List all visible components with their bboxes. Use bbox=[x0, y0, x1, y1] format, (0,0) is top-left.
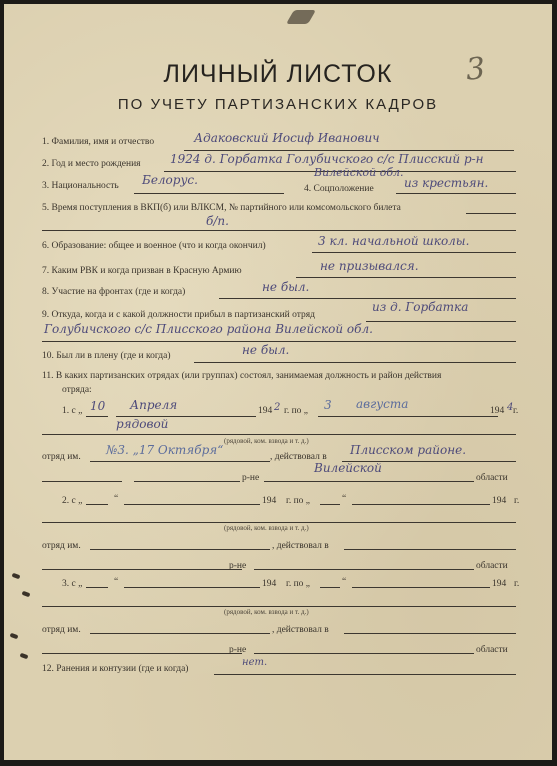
field-3-label: 3. Национальность bbox=[42, 181, 119, 191]
entry-2-day-line bbox=[86, 504, 108, 505]
entry-2-position-line bbox=[42, 522, 516, 523]
entry-3-position-hint: (рядовой, ком. взвода и т. д.) bbox=[224, 608, 309, 616]
document-subtitle: ПО УЧЕТУ ПАРТИЗАНСКИХ КАДРОВ bbox=[4, 96, 552, 113]
field-9-line-a bbox=[366, 321, 516, 322]
entry-3-otryad-line bbox=[90, 633, 270, 634]
entry-1-year-to-prefix: 194 bbox=[490, 406, 504, 416]
field-5-label: 5. Время поступления в ВКП(б) или ВЛКСМ,… bbox=[42, 203, 401, 213]
field-12-line bbox=[214, 674, 516, 675]
field-11-label-cont: отряда: bbox=[62, 385, 92, 395]
field-2-value-cont: Вилейской обл. bbox=[314, 166, 404, 179]
entry-1-otryad: №3. „17 Октября“ bbox=[106, 443, 223, 457]
field-2-value: 1924 д. Горбатка Голубичского с/с Плисск… bbox=[170, 152, 484, 166]
field-7-value: не призывался. bbox=[320, 259, 419, 273]
field-7-line bbox=[296, 277, 516, 278]
field-1-line bbox=[184, 150, 514, 151]
field-10-line bbox=[194, 362, 516, 363]
field-4-line bbox=[396, 193, 516, 194]
field-8-label: 8. Участие на фронтах (где и когда) bbox=[42, 287, 185, 297]
entry-3-year-from-prefix: 194 bbox=[262, 579, 276, 589]
entry-2-day-to-line bbox=[320, 504, 340, 505]
field-6-value: 3 кл. начальной школы. bbox=[318, 234, 469, 248]
entry-2-deistvoval-line bbox=[344, 549, 516, 550]
paper-tear bbox=[286, 10, 316, 24]
entry-1-oblast-line bbox=[264, 481, 474, 482]
field-10-label: 10. Был ли в плену (где и когда) bbox=[42, 351, 171, 361]
entry-2-month-line bbox=[124, 504, 260, 505]
field-5-value: б/п. bbox=[206, 214, 229, 228]
entry-2-otryad-label: отряд им. bbox=[42, 541, 81, 551]
field-3-value: Белорус. bbox=[142, 173, 198, 187]
entry-2-otryad-line bbox=[90, 549, 270, 550]
entry-1-year-from: 2 bbox=[274, 402, 280, 413]
entry-1-otryad-label: отряд им. bbox=[42, 452, 81, 462]
field-2-label: 2. Год и место рождения bbox=[42, 159, 141, 169]
field-8-value: не был. bbox=[262, 280, 309, 294]
field-4-label: 4. Соцположение bbox=[304, 184, 374, 194]
entry-1-day-line bbox=[86, 416, 108, 417]
field-4-value: из крестьян. bbox=[404, 176, 488, 190]
entry-2-oblast-label: области bbox=[476, 561, 508, 571]
entry-3-year-to-prefix: 194 bbox=[492, 579, 506, 589]
field-12-value: нет. bbox=[242, 657, 267, 668]
entry-1-otryad-line bbox=[90, 461, 270, 462]
entry-3-g-po: г. по „ bbox=[286, 579, 310, 589]
entry-3-position-line bbox=[42, 606, 516, 607]
entry-2-position-hint: (рядовой, ком. взвода и т. д.) bbox=[224, 524, 309, 532]
entry-2-month-to-line bbox=[352, 504, 490, 505]
field-11-label: 11. В каких партизанских отрядах (или гр… bbox=[42, 371, 441, 381]
entry-3-deistvoval-label: , действовал в bbox=[272, 625, 329, 635]
binding-hole bbox=[20, 653, 29, 659]
entry-3-rne-label: р-не bbox=[229, 645, 246, 655]
field-6-label: 6. Образование: общее и военное (что и к… bbox=[42, 241, 266, 251]
entry-1-g-end: г. bbox=[513, 406, 518, 416]
page-number: 3 bbox=[465, 51, 487, 88]
entry-2-quote: “ bbox=[114, 494, 118, 504]
entry-1-month-to: августа bbox=[356, 397, 408, 411]
field-9-line-b bbox=[42, 341, 516, 342]
binding-hole bbox=[22, 591, 31, 597]
entry-3-num: 3. с „ bbox=[62, 579, 82, 589]
entry-3-quote-to: “ bbox=[342, 577, 346, 587]
field-1-label: 1. Фамилия, имя и отчество bbox=[42, 137, 154, 147]
field-8-line bbox=[219, 298, 516, 299]
entry-3-oblast-line bbox=[254, 653, 474, 654]
entry-2-rne-line bbox=[42, 569, 242, 570]
entry-1-g-po: г. по „ bbox=[284, 406, 308, 416]
entry-1-position-hint: (рядовой, ком. взвода и т. д.) bbox=[224, 437, 309, 445]
entry-1-oblast-value: Вилейской bbox=[314, 461, 382, 475]
field-9-value: из д. Горбатка bbox=[372, 300, 468, 314]
field-5-line-a bbox=[466, 213, 516, 214]
entry-2-num: 2. с „ bbox=[62, 496, 82, 506]
entry-1-oblast-label: области bbox=[476, 473, 508, 483]
entry-3-day-line bbox=[86, 587, 108, 588]
personal-record-sheet: ЛИЧНЫЙ ЛИСТОК ПО УЧЕТУ ПАРТИЗАНСКИХ КАДР… bbox=[4, 4, 552, 760]
entry-3-otryad-label: отряд им. bbox=[42, 625, 81, 635]
entry-3-rne-line bbox=[42, 653, 242, 654]
entry-2-g-po: г. по „ bbox=[286, 496, 310, 506]
entry-3-deistvoval-line bbox=[344, 633, 516, 634]
field-10-value: не был. bbox=[242, 343, 289, 357]
entry-1-rne-label: р-не bbox=[242, 473, 259, 483]
entry-3-oblast-label: области bbox=[476, 645, 508, 655]
field-6-line bbox=[312, 252, 516, 253]
field-7-label: 7. Каким РВК и когда призван в Красную А… bbox=[42, 266, 242, 276]
entry-3-g-end: г. bbox=[514, 579, 519, 589]
entry-1-day-from: 10 bbox=[90, 399, 105, 413]
field-3-line bbox=[134, 193, 284, 194]
field-1-value: Адаковский Иосиф Иванович bbox=[194, 131, 380, 145]
entry-2-rne-label: р-не bbox=[229, 561, 246, 571]
binding-hole bbox=[12, 573, 21, 579]
entry-1-rne-line-b bbox=[134, 481, 240, 482]
entry-1-to-line bbox=[318, 416, 498, 417]
entry-1-num: 1. с „ bbox=[62, 406, 82, 416]
entry-2-year-to-prefix: 194 bbox=[492, 496, 506, 506]
field-12-label: 12. Ранения и контузии (где и когда) bbox=[42, 664, 188, 674]
entry-1-day-to: 3 bbox=[324, 398, 332, 412]
entry-3-day-to-line bbox=[320, 587, 340, 588]
field-9-value-cont: Голубичского с/с Плисского района Вилейс… bbox=[44, 322, 373, 336]
field-9-label: 9. Откуда, когда и с какой должности при… bbox=[42, 310, 315, 320]
entry-1-deistvoval: Плисском районе. bbox=[350, 443, 466, 457]
entry-2-year-from-prefix: 194 bbox=[262, 496, 276, 506]
entry-3-quote: “ bbox=[114, 577, 118, 587]
entry-3-month-line bbox=[124, 587, 260, 588]
entry-1-position: рядовой bbox=[116, 417, 168, 431]
entry-1-position-line bbox=[42, 434, 516, 435]
entry-3-month-to-line bbox=[352, 587, 490, 588]
entry-2-quote-to: “ bbox=[342, 494, 346, 504]
entry-1-year-from-prefix: 194 bbox=[258, 406, 272, 416]
binding-hole bbox=[10, 633, 19, 639]
field-5-line-b bbox=[42, 230, 516, 231]
entry-1-rne-line-a bbox=[42, 481, 122, 482]
entry-2-oblast-line bbox=[254, 569, 474, 570]
entry-2-deistvoval-label: , действовал в bbox=[272, 541, 329, 551]
entry-2-g-end: г. bbox=[514, 496, 519, 506]
entry-1-month-from: Апреля bbox=[130, 398, 177, 412]
